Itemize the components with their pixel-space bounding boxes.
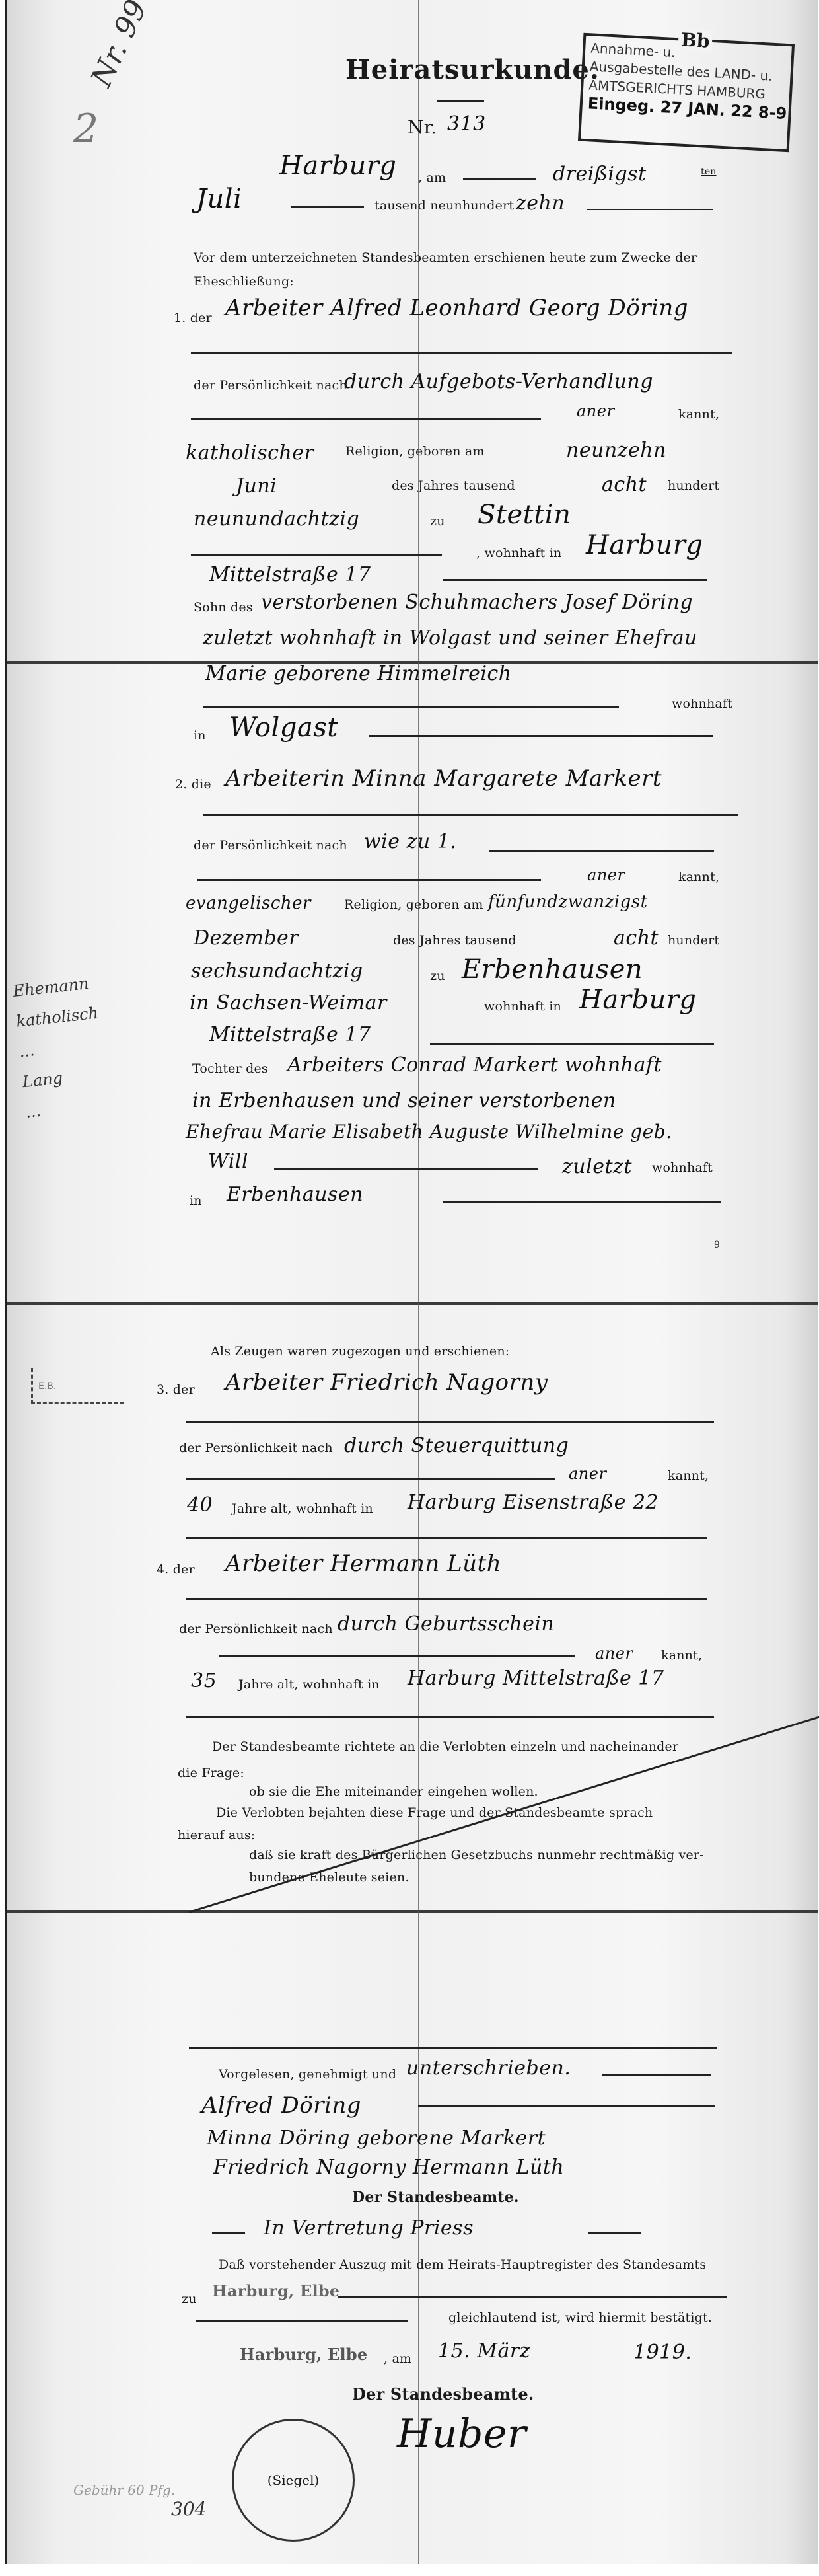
ceremony-text: die Frage: xyxy=(178,1766,244,1780)
label-in: in xyxy=(194,728,206,743)
margin-page-number: 2 xyxy=(73,106,98,152)
intake-stamp: Bb Annahme- u. Ausgabestelle des LAND- u… xyxy=(578,33,795,153)
witness2-residence: Harburg Mittelstraße 17 xyxy=(408,1667,664,1690)
fill-line xyxy=(191,352,732,354)
official-seal: (Siegel) xyxy=(232,2419,355,2542)
year: zehn xyxy=(516,192,565,215)
label-age: Jahre alt, wohnhaft in xyxy=(232,1501,373,1516)
place: Harburg xyxy=(279,151,396,181)
label-hundred: hundert xyxy=(668,478,719,493)
label-residence: wohnhaft xyxy=(672,697,732,711)
witness1-known: aner xyxy=(569,1464,606,1483)
faded-stamp-text: E.B. xyxy=(38,1381,56,1392)
fill-line xyxy=(196,2320,408,2322)
month: Juli xyxy=(196,184,242,214)
fill-line xyxy=(186,1421,714,1423)
witness2-index: 4. der xyxy=(157,1562,195,1577)
bride-birth-century: acht xyxy=(614,927,659,950)
groom-known: aner xyxy=(577,402,614,420)
certification-date: 15. März xyxy=(438,2339,530,2363)
certification-text: Daß vorstehender Auszug mit dem Heirats-… xyxy=(219,2257,706,2272)
witness2-age: 35 xyxy=(191,1669,217,1692)
fill-line xyxy=(291,206,364,208)
label-residence: wohnhaft in xyxy=(484,999,561,1014)
fill-line xyxy=(186,1537,707,1539)
label-in: in xyxy=(190,1193,202,1208)
bride-name: Arbeiterin Minna Margarete Markert xyxy=(225,765,662,792)
panel-2 xyxy=(7,661,818,1302)
label-hundred: hundert xyxy=(668,933,719,948)
groom-religion: katholischer xyxy=(186,441,314,465)
bride-mother: Ehefrau Marie Elisabeth Auguste Wilhelmi… xyxy=(186,1121,672,1143)
fill-line xyxy=(186,1716,714,1718)
fill-line xyxy=(602,2074,711,2076)
label-zu: zu xyxy=(182,2292,197,2306)
witness2-known: aner xyxy=(595,1644,633,1663)
signature-witnesses: Friedrich Nagorny Hermann Lüth xyxy=(213,2156,564,2179)
page-mark: 9 xyxy=(714,1240,720,1250)
fill-line xyxy=(191,418,541,420)
label-read-approved: Vorgelesen, genehmigt und xyxy=(219,2067,396,2082)
fill-line xyxy=(489,850,714,852)
certificate-paper: Nr. 99 2 Heiratsurkunde. Bb Annahme- u. … xyxy=(5,0,818,2564)
label-year: tausend neunhundert xyxy=(374,198,514,213)
bride-birth-day: fünfundzwanzigst xyxy=(488,892,648,912)
certification-year: 1919. xyxy=(633,2341,692,2364)
certifying-signature: Huber xyxy=(397,2411,526,2457)
label-year: des Jahres tausend xyxy=(392,478,515,493)
label-zu: zu xyxy=(430,969,445,983)
groom-parents-residence: Wolgast xyxy=(229,712,338,743)
label-daughter: Tochter des xyxy=(192,1061,268,1076)
fill-line xyxy=(443,1201,721,1203)
fill-line xyxy=(338,2296,727,2298)
registrar-label: Der Standesbeamte. xyxy=(352,2189,519,2206)
label-known: kannt, xyxy=(678,407,719,422)
groom-residence: Harburg xyxy=(586,530,703,560)
groom-father-residence: zuletzt wohnhaft in Wolgast und seiner E… xyxy=(203,626,697,650)
bride-religion: evangelischer xyxy=(186,893,311,913)
fill-line xyxy=(274,1168,538,1170)
fill-line xyxy=(203,814,738,816)
label-zu: zu xyxy=(430,514,445,529)
registrar-signature: In Vertretung Priess xyxy=(264,2216,474,2240)
label-religion: Religion, geboren am xyxy=(345,444,485,459)
fill-line xyxy=(219,1655,575,1657)
label-am: , am xyxy=(418,170,446,185)
witness1-index: 3. der xyxy=(157,1383,195,1397)
faded-stamp: E.B. xyxy=(31,1368,124,1404)
bride-birth-year: sechsundachtzig xyxy=(191,960,363,983)
fill-line xyxy=(587,209,713,210)
fill-line xyxy=(212,2232,245,2234)
label-son: Sohn des xyxy=(194,600,253,615)
groom-birth-year: neunundachtzig xyxy=(194,508,359,531)
bride-index: 2. die xyxy=(175,777,211,792)
bride-known: aner xyxy=(587,866,625,884)
label-year: des Jahres tausend xyxy=(393,933,516,948)
groom-birth-month: Juni xyxy=(236,474,277,498)
ceremony-text: Die Verlobten bejahten diese Frage und d… xyxy=(216,1805,653,1820)
signature-groom: Alfred Döring xyxy=(201,2092,361,2119)
record-number: 313 xyxy=(447,112,486,135)
groom-birth-day: neunzehn xyxy=(566,439,666,462)
intro-text: Vor dem unterzeichneten Standesbeamten e… xyxy=(194,246,722,293)
fill-line xyxy=(203,706,619,708)
bride-parents-residence: Erbenhausen xyxy=(227,1183,363,1206)
fill-line xyxy=(191,554,442,556)
fill-line xyxy=(369,735,713,737)
label-known: kannt, xyxy=(678,870,719,884)
ceremony-text: hierauf aus: xyxy=(178,1828,255,1842)
bride-identity: wie zu 1. xyxy=(364,830,456,853)
groom-father: verstorbenen Schuhmachers Josef Döring xyxy=(261,591,693,614)
certification-text: gleichlautend ist, wird hiermit bestätig… xyxy=(448,2310,712,2325)
bride-last-residence: zuletzt xyxy=(562,1155,632,1178)
witness2-identity: durch Geburtsschein xyxy=(338,1612,554,1636)
groom-birth-place: Stettin xyxy=(478,500,571,530)
label-identity: der Persönlichkeit nach xyxy=(194,838,347,852)
bride-birth-region: in Sachsen-Weimar xyxy=(190,991,387,1014)
fill-line xyxy=(463,178,536,180)
number-label: Nr. xyxy=(408,116,437,138)
fill-line xyxy=(189,2047,717,2049)
label-ten: ten xyxy=(701,167,717,177)
groom-street: Mittelstraße 17 xyxy=(209,563,371,586)
groom-birth-century: acht xyxy=(602,473,647,496)
fill-line xyxy=(588,2232,641,2234)
fill-line xyxy=(418,2105,715,2107)
seal-text: (Siegel) xyxy=(267,2472,320,2488)
ceremony-question: ob sie die Ehe miteinander eingehen woll… xyxy=(249,1784,538,1799)
registry-office: Harburg, Elbe xyxy=(212,2281,339,2300)
label-religion: Religion, geboren am xyxy=(344,897,483,912)
fee-note: Gebühr 60 Pfg. xyxy=(73,2482,175,2498)
groom-mother: Marie geborene Himmelreich xyxy=(205,662,512,685)
label-age: Jahre alt, wohnhaft in xyxy=(238,1677,380,1692)
label-identity: der Persönlichkeit nach xyxy=(179,1622,333,1636)
bride-birth-place: Erbenhausen xyxy=(462,954,643,985)
read-value: unterschrieben. xyxy=(406,2057,571,2080)
bride-street: Mittelstraße 17 xyxy=(209,1023,371,1046)
fill-line xyxy=(443,579,707,581)
groom-index: 1. der xyxy=(174,311,212,325)
witness1-identity: durch Steuerquittung xyxy=(344,1434,569,1457)
bride-father: Arbeiters Conrad Markert wohnhaft xyxy=(287,1053,662,1077)
label-known: kannt, xyxy=(661,1648,702,1663)
bride-mother-maiden: Will xyxy=(208,1150,248,1173)
witness1-residence: Harburg Eisenstraße 22 xyxy=(408,1491,659,1514)
witness1-age: 40 xyxy=(187,1494,213,1517)
signature-bride: Minna Döring geborene Markert xyxy=(207,2127,546,2150)
fill-line xyxy=(197,879,541,881)
fill-line xyxy=(430,1043,714,1045)
day: dreißigst xyxy=(553,163,647,186)
witness2-name: Arbeiter Hermann Lüth xyxy=(225,1550,501,1577)
fee-number: 304 xyxy=(171,2498,206,2520)
bride-birth-month: Dezember xyxy=(194,927,299,950)
stamp-marker: Bb xyxy=(678,28,713,52)
certification-place: Harburg, Elbe xyxy=(240,2345,367,2364)
document-title: Heiratsurkunde. xyxy=(345,54,600,85)
label-residence: wohnhaft xyxy=(652,1160,713,1175)
groom-name: Arbeiter Alfred Leonhard Georg Döring xyxy=(225,295,688,321)
bride-father-residence: in Erbenhausen und seiner verstorbenen xyxy=(192,1089,616,1112)
label-known: kannt, xyxy=(668,1468,709,1483)
bride-residence: Harburg xyxy=(579,985,696,1015)
fill-line xyxy=(186,1598,707,1600)
divider xyxy=(437,100,484,102)
label-identity: der Persönlichkeit nach xyxy=(194,378,347,393)
ceremony-declaration: daß sie kraft des Bürgerlichen Gesetzbuc… xyxy=(249,1848,704,1862)
groom-identity: durch Aufgebots-Verhandlung xyxy=(344,370,653,393)
ceremony-text: Der Standesbeamte richtete an die Verlob… xyxy=(212,1739,714,1754)
margin-annotation: Ehemann katholisch ... Lang ... xyxy=(11,967,109,1127)
certifying-registrar-label: Der Standesbeamte. xyxy=(352,2384,534,2404)
witness1-name: Arbeiter Friedrich Nagorny xyxy=(225,1369,548,1396)
witnesses-intro: Als Zeugen waren zugezogen und erschiene… xyxy=(211,1344,509,1359)
label-residence: , wohnhaft in xyxy=(476,546,561,560)
label-identity: der Persönlichkeit nach xyxy=(179,1441,333,1455)
label-am: , am xyxy=(384,2351,411,2366)
ceremony-declaration: bundene Eheleute seien. xyxy=(249,1870,409,1885)
fill-line xyxy=(186,1478,555,1480)
